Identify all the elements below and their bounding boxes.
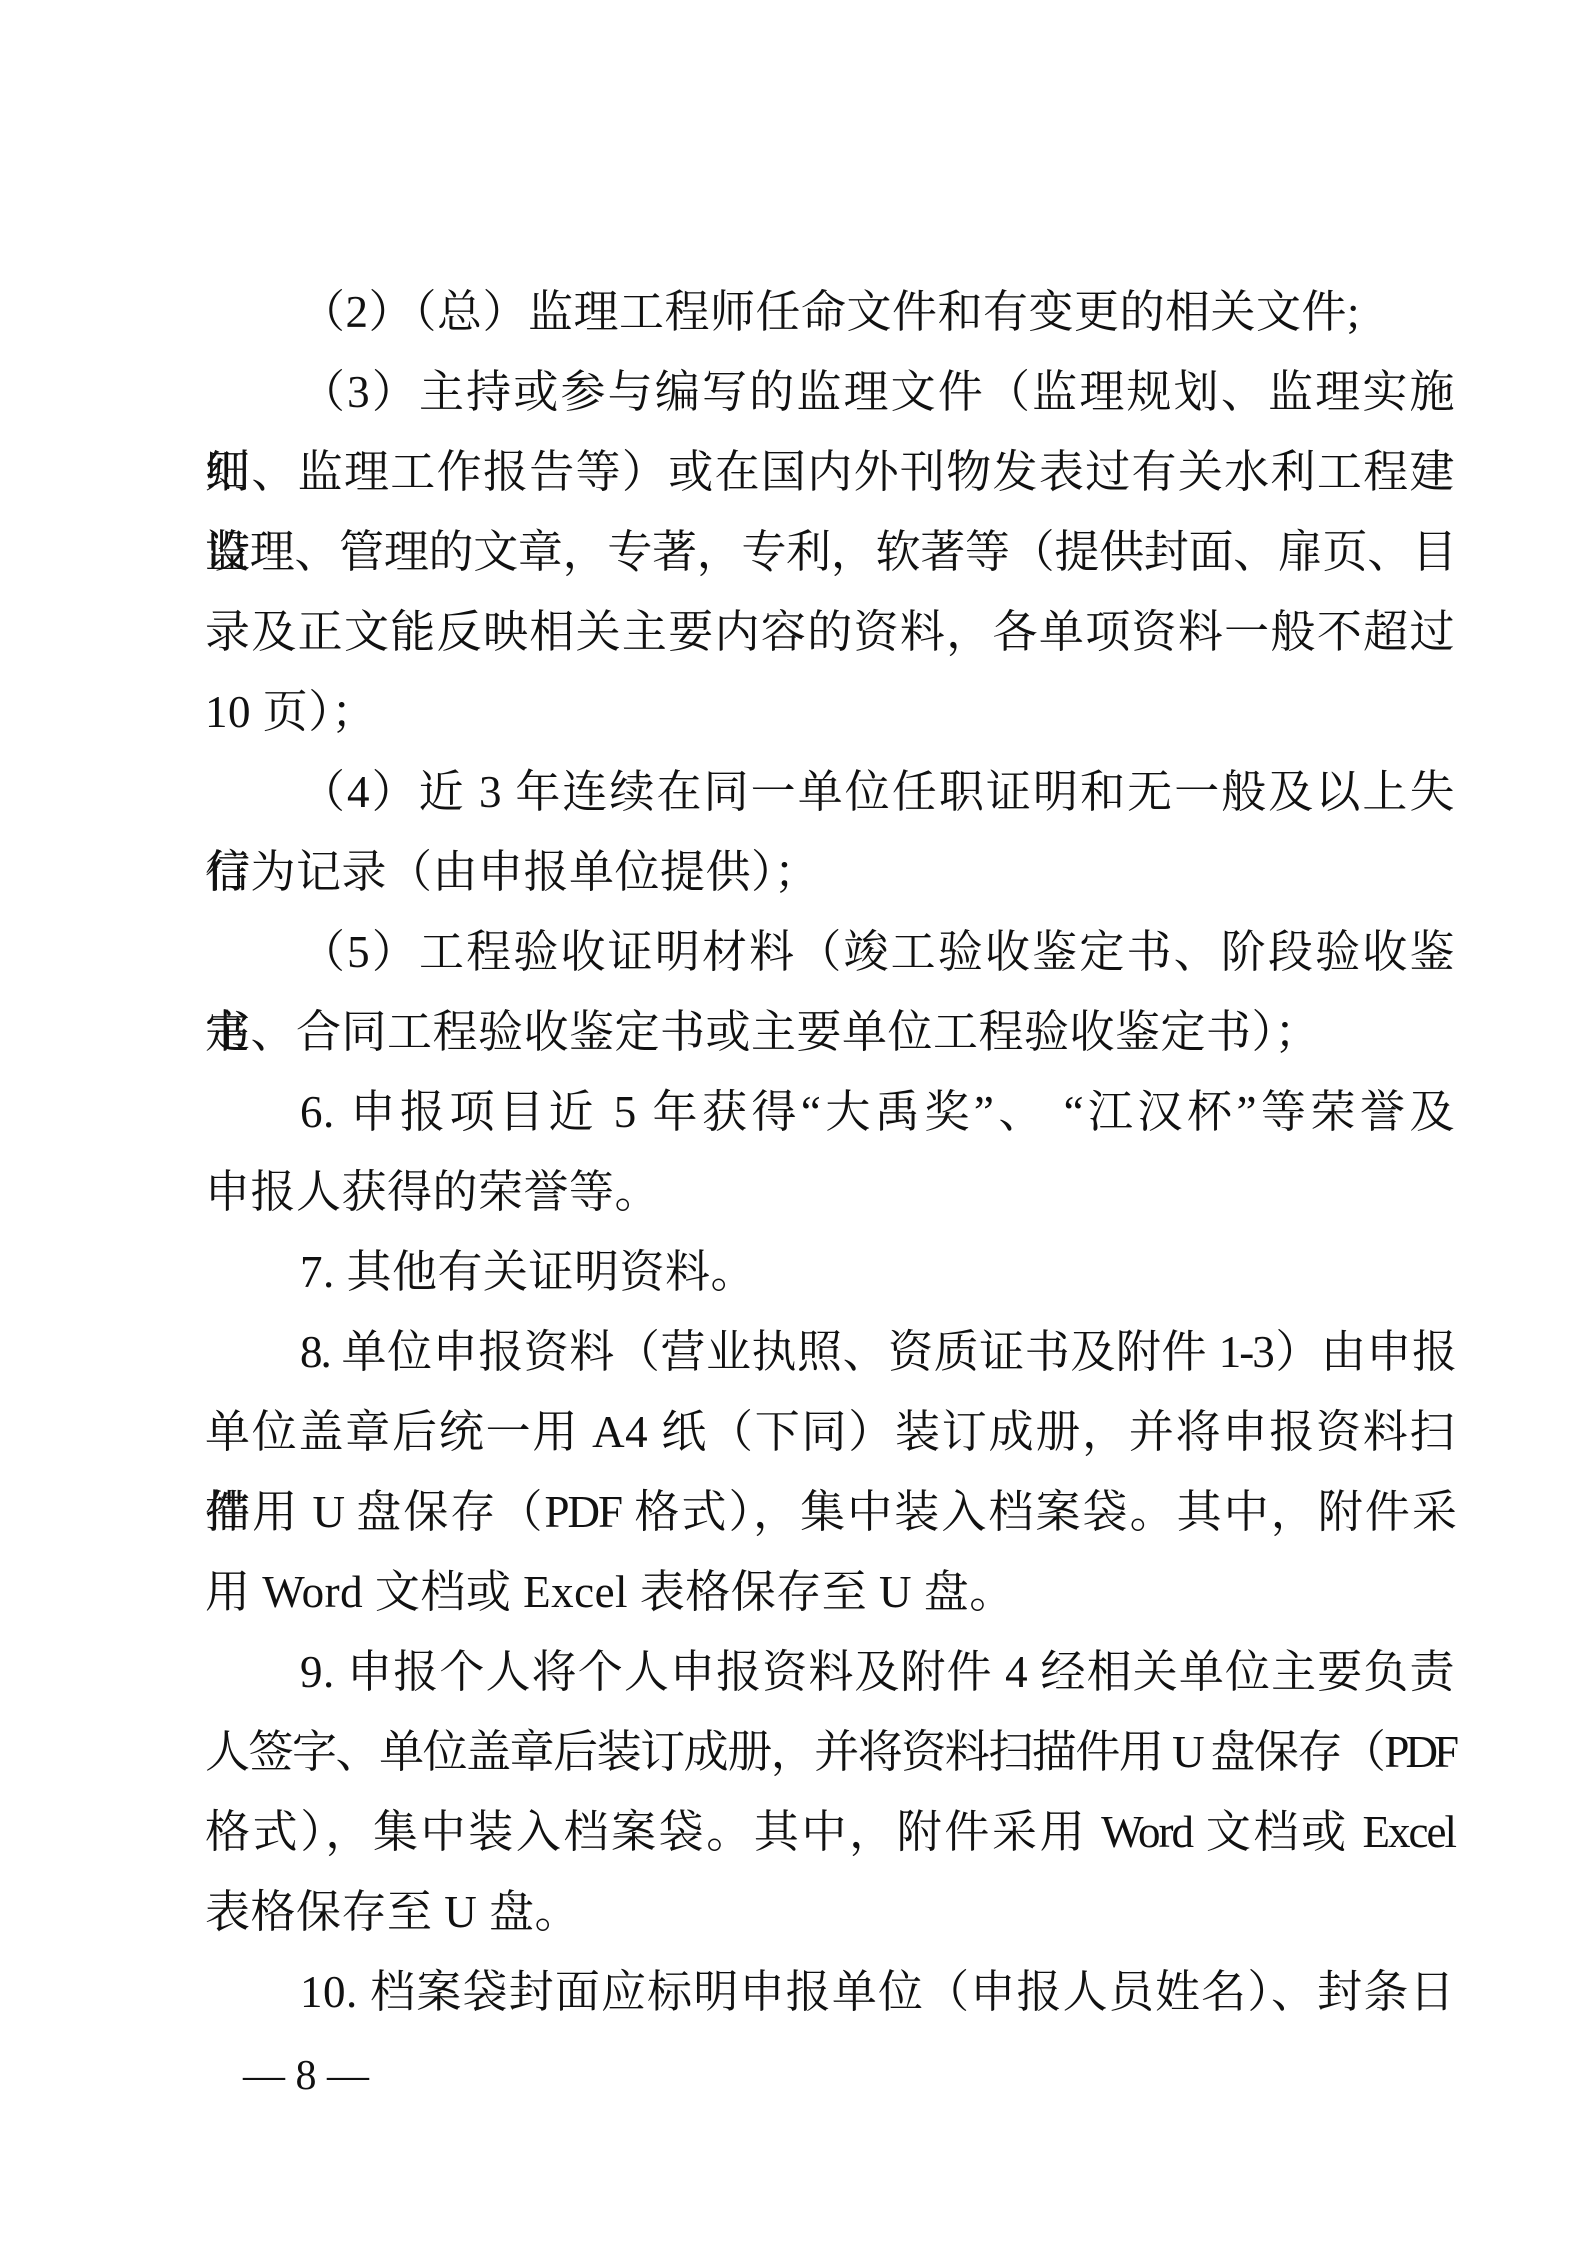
body-line-18: 9. 申报个人将个人申报资料及附件 4 经相关单位主要负责 xyxy=(205,1632,1455,1712)
page-number: — 8 — xyxy=(243,2046,369,2106)
body-line-1: （2）（总）监理工程师任命文件和有变更的相关文件; xyxy=(205,272,1455,352)
body-line-10: 书、合同工程验收鉴定书或主要单位工程验收鉴定书）； xyxy=(205,992,1455,1072)
body-line-15: 单位盖章后统一用 A4 纸（下同）装订成册，并将申报资料扫描 xyxy=(205,1392,1455,1472)
document-body: （2）（总）监理工程师任命文件和有变更的相关文件; （3）主持或参与编写的监理文… xyxy=(205,272,1455,2032)
body-line-13: 7. 其他有关证明资料。 xyxy=(205,1232,1455,1312)
body-line-5: 录及正文能反映相关主要内容的资料，各单项资料一般不超过 xyxy=(205,592,1455,672)
body-line-7: （4）近 3 年连续在同一单位任职证明和无一般及以上失信 xyxy=(205,752,1455,832)
body-line-19: 人签字、单位盖章后装订成册，并将资料扫描件用 U 盘保存（PDF xyxy=(205,1712,1455,1792)
body-line-20: 格式），集中装入档案袋。其中，附件采用 Word 文档或 Excel xyxy=(205,1792,1455,1872)
body-line-21: 表格保存至 U 盘。 xyxy=(205,1872,1455,1952)
body-line-12: 申报人获得的荣誉等。 xyxy=(205,1152,1455,1232)
body-line-6: 10 页）； xyxy=(205,672,1455,752)
body-line-17: 用 Word 文档或 Excel 表格保存至 U 盘。 xyxy=(205,1552,1455,1632)
body-line-16: 件用 U 盘保存（PDF 格式），集中装入档案袋。其中，附件采 xyxy=(205,1472,1455,1552)
body-line-2: （3）主持或参与编写的监理文件（监理规划、监理实施细 xyxy=(205,352,1455,432)
body-line-9: （5）工程验收证明材料（竣工验收鉴定书、阶段验收鉴定 xyxy=(205,912,1455,992)
body-line-3: 则、监理工作报告等）或在国内外刊物发表过有关水利工程建设 xyxy=(205,432,1455,512)
body-line-22: 10. 档案袋封面应标明申报单位（申报人员姓名）、封条日 xyxy=(205,1952,1455,2032)
body-line-8: 行为记录（由申报单位提供）； xyxy=(205,832,1455,912)
document-page: （2）（总）监理工程师任命文件和有变更的相关文件; （3）主持或参与编写的监理文… xyxy=(0,0,1587,2245)
body-line-11: 6. 申报项目近 5 年获得“大禹奖”、 “江汉杯”等荣誉及 xyxy=(205,1072,1455,1152)
body-line-14: 8. 单位申报资料（营业执照、资质证书及附件 1-3）由申报 xyxy=(205,1312,1455,1392)
body-line-4: 监理、管理的文章，专著，专利，软著等（提供封面、扉页、目 xyxy=(205,512,1455,592)
